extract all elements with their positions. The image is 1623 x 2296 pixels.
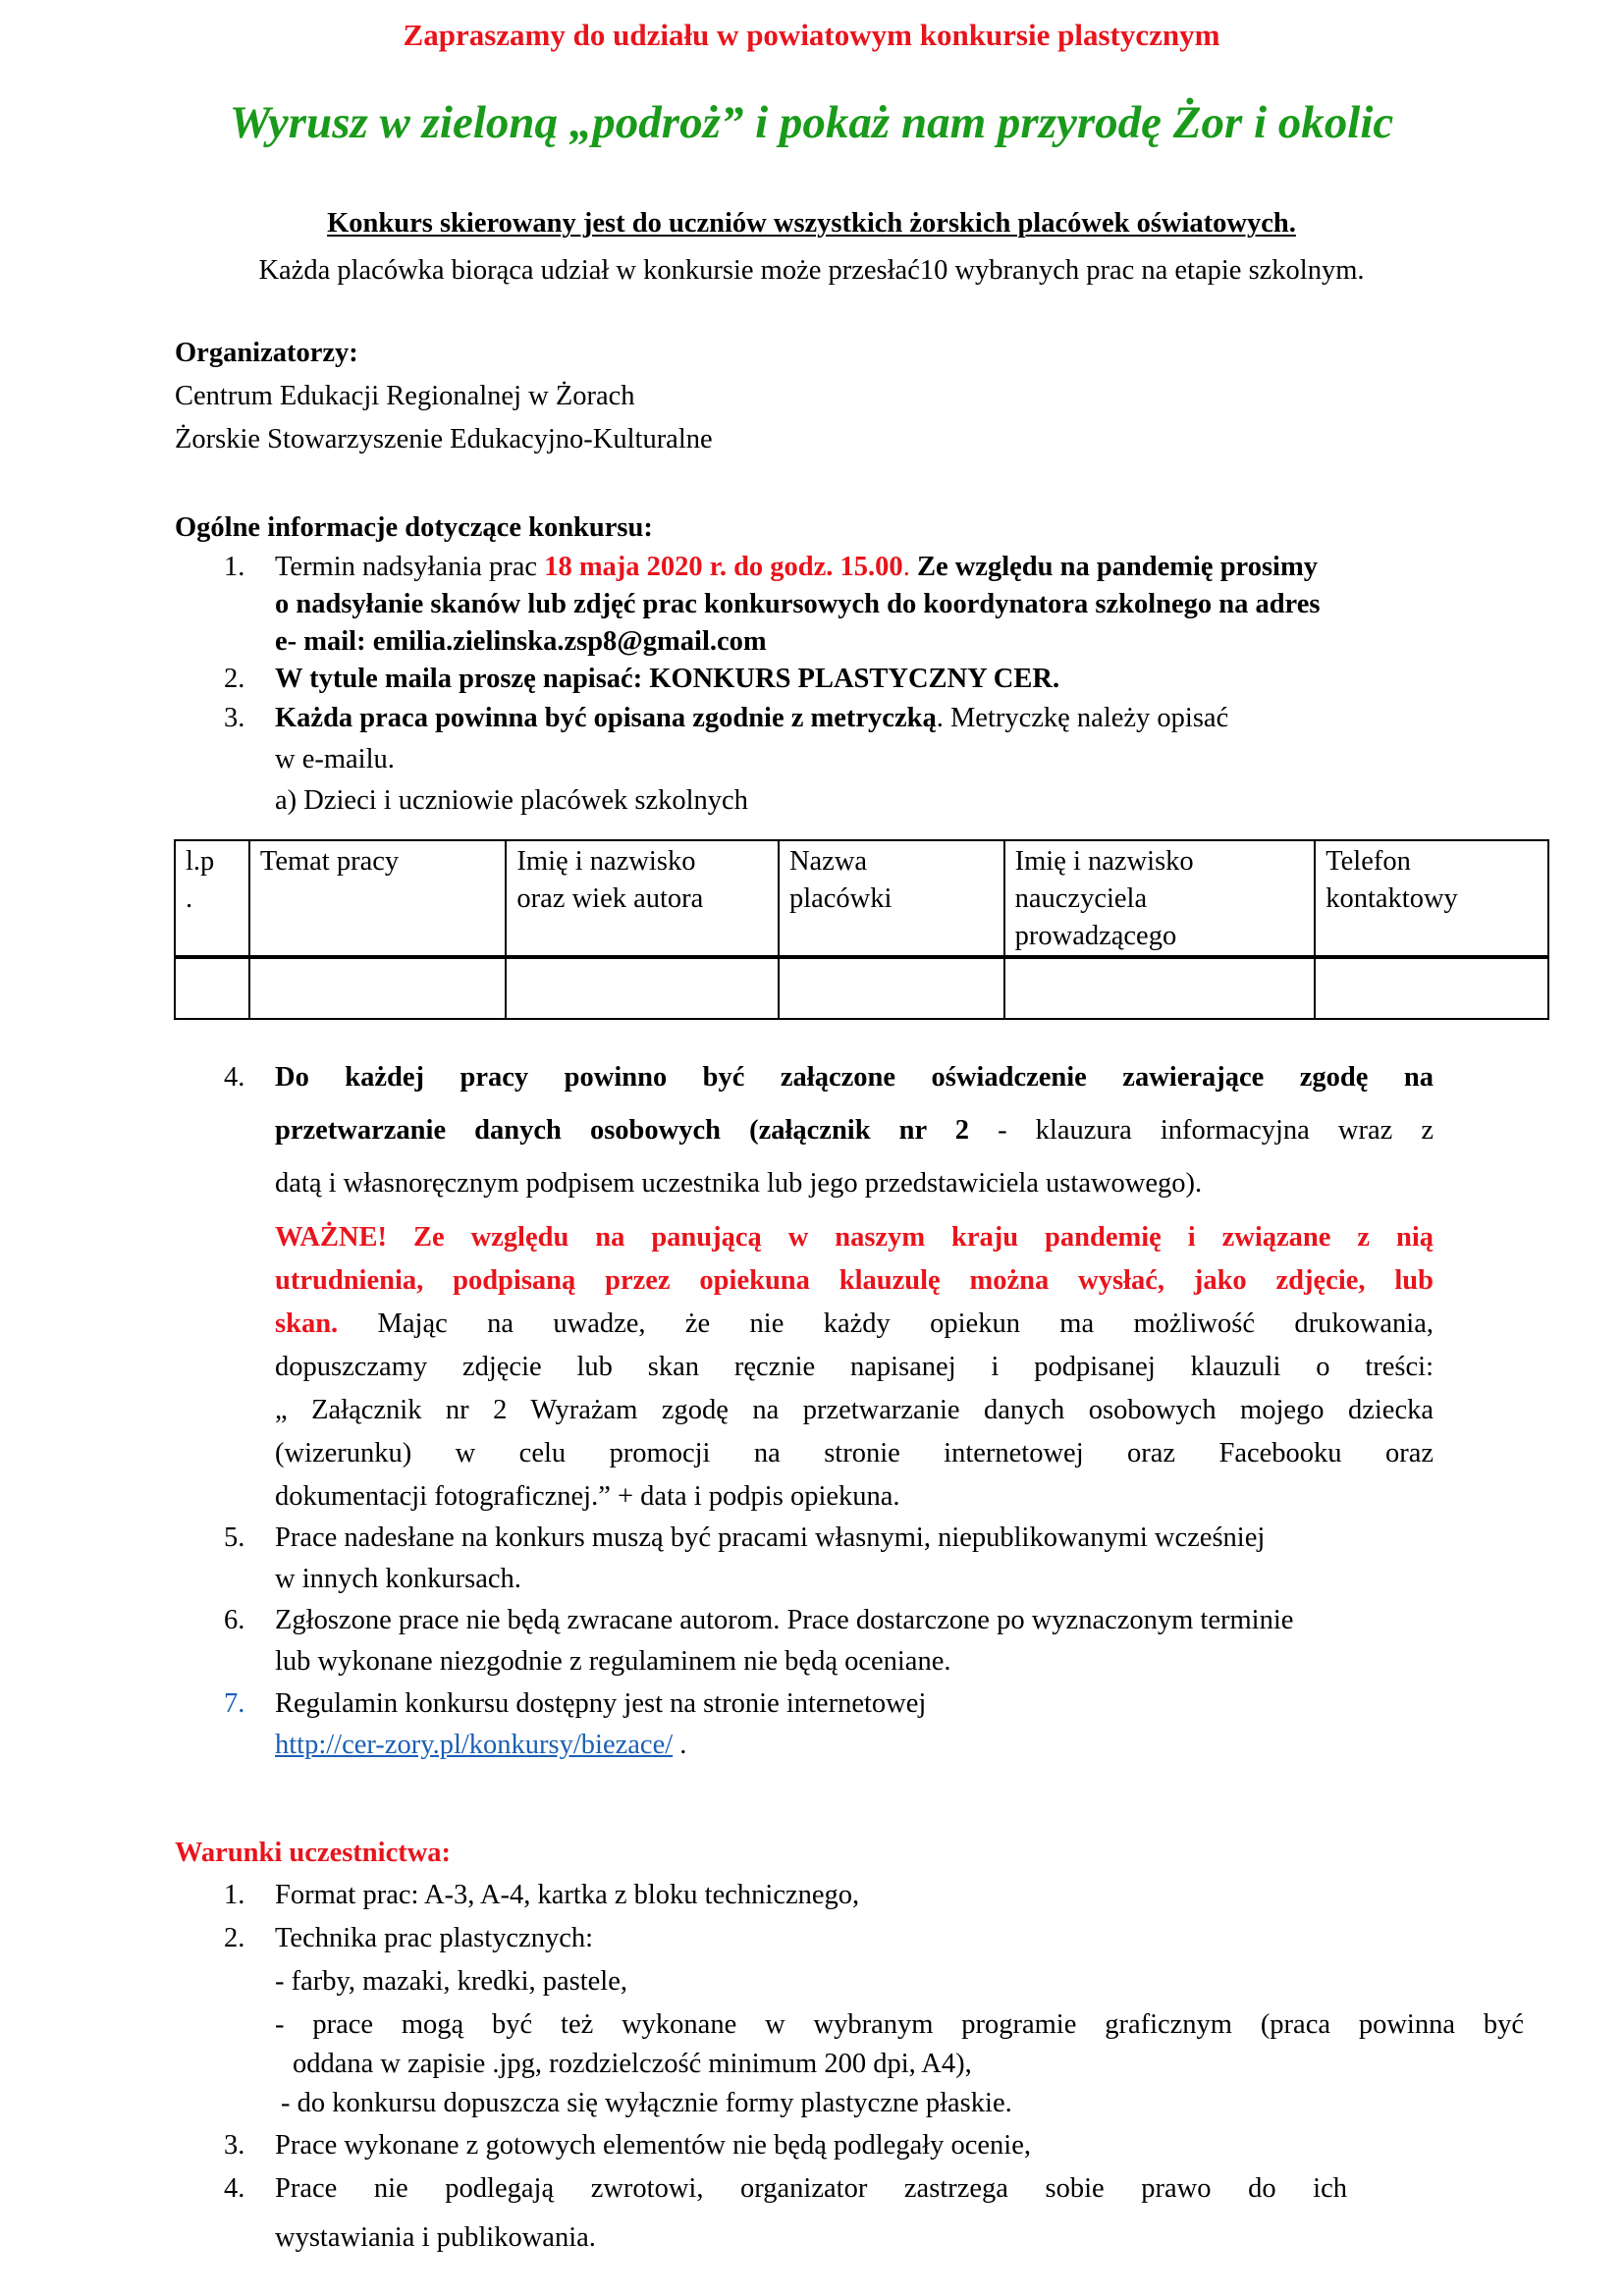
rights-item-line1: Prace nie podlegają zwrotowi, organizato… — [275, 2173, 1347, 2205]
general-info-heading: Ogólne informacje dotyczące konkursu: — [175, 512, 653, 544]
technique-bullet: - farby, mazaki, kredki, pastele, — [275, 1966, 627, 1998]
own-work-line1: Prace nadesłane na konkurs muszą być pra… — [275, 1522, 1265, 1554]
rules-line2: http://cer-zory.pl/konkursy/biezace/ . — [275, 1730, 686, 1761]
technique-bullet: - prace mogą być też wykonane w wybranym… — [275, 2009, 1524, 2041]
list-number: 2. — [224, 664, 244, 695]
metryczka-table: l.p. Temat pracy Imię i nazwiskooraz wie… — [174, 839, 1549, 1020]
table-cell — [506, 957, 779, 1019]
important-warning-line3: skan. Mając na uwadze, że nie każdy opie… — [275, 1308, 1434, 1340]
deadline-date: 18 maja 2020 r. do godz. 15.00 — [544, 552, 903, 582]
list-number: 7. — [224, 1688, 244, 1720]
target-audience: Konkurs skierowany jest do uczniów wszys… — [0, 208, 1623, 240]
important-warning-line2: utrudnienia, podpisaną przez opiekuna kl… — [275, 1265, 1434, 1297]
header-cell-teacher: Imię i nazwiskonauczycielaprowadzącego — [1004, 840, 1316, 957]
rights-item-line2: wystawiania i publikowania. — [275, 2222, 596, 2254]
clause-line2: „ Załącznik nr 2 Wyrażam zgodę na przetw… — [275, 1395, 1434, 1426]
deadline-line: Termin nadsyłania prac 18 maja 2020 r. d… — [275, 552, 1318, 583]
metryczka-rest: . Metryczkę należy opisać — [937, 703, 1229, 733]
consent-line2: przetwarzanie danych osobowych (załączni… — [275, 1115, 1434, 1147]
pandemic-note: Ze względu na pandemię prosimy — [910, 552, 1318, 582]
table-header-row: l.p. Temat pracy Imię i nazwiskooraz wie… — [175, 840, 1548, 957]
scan-request: o nadsyłanie skanów lub zdjęć prac konku… — [275, 589, 1320, 620]
header-cell-phone: Telefonkontaktowy — [1315, 840, 1548, 957]
no-return-line1: Zgłoszone prace nie będą zwracane autoro… — [275, 1605, 1293, 1636]
email-subject-note: W tytule maila proszę napisać: KONKURS P… — [275, 664, 1059, 695]
technique-bullet-cont: oddana w zapisie .jpg, rozdzielczość min… — [293, 2049, 972, 2080]
technique-item: Technika prac plastycznych: — [275, 1923, 593, 1954]
deadline-prefix: Termin nadsyłania prac — [275, 552, 544, 582]
list-number: 1. — [224, 1880, 244, 1911]
list-number: 6. — [224, 1605, 244, 1636]
list-number: 4. — [224, 2173, 244, 2205]
consent-line3: datą i własnoręcznym podpisem uczestnika… — [275, 1168, 1202, 1200]
rules-line1: Regulamin konkursu dostępny jest na stro… — [275, 1688, 926, 1720]
metryczka-line2: w e-mailu. — [275, 744, 395, 775]
invite-heading: Zapraszamy do udziału w powiatowym konku… — [0, 18, 1623, 53]
own-work-line2: w innych konkursach. — [275, 1564, 521, 1595]
header-cell-topic: Temat pracy — [249, 840, 506, 957]
table-cell — [175, 957, 249, 1019]
organizers-heading: Organizatorzy: — [175, 338, 358, 369]
list-number: 4. — [224, 1062, 244, 1094]
no-return-line2: lub wykonane niezgodnie z regulaminem ni… — [275, 1646, 950, 1678]
important-warning-line1: WAŻNE! Ze względu na panującą w naszym k… — [275, 1222, 1434, 1254]
list-number: 2. — [224, 1923, 244, 1954]
submission-quota: Każda placówka biorąca udział w konkursi… — [0, 255, 1623, 287]
metryczka-bold: Każda praca powinna być opisana zgodnie … — [275, 703, 937, 733]
organizer-item: Centrum Edukacji Regionalnej w Żorach — [175, 381, 635, 412]
list-number: 3. — [224, 703, 244, 734]
technique-bullet: - do konkursu dopuszcza się wyłącznie fo… — [281, 2088, 1012, 2119]
table-row — [175, 957, 1548, 1019]
table-cell — [1004, 957, 1316, 1019]
list-number: 5. — [224, 1522, 244, 1554]
list-number: 1. — [224, 552, 244, 583]
list-number: 3. — [224, 2130, 244, 2162]
table-cell — [249, 957, 506, 1019]
metryczka-note: Każda praca powinna być opisana zgodnie … — [275, 703, 1228, 734]
clause-line4: dokumentacji fotograficznej.” + data i p… — [275, 1481, 900, 1513]
clause-line3: (wizerunku) w celu promocji na stronie i… — [275, 1438, 1434, 1469]
ready-elements-item: Prace wykonane z gotowych elementów nie … — [275, 2130, 1031, 2162]
clause-line1: dopuszczamy zdjęcie lub skan ręcznie nap… — [275, 1352, 1434, 1383]
rules-link[interactable]: http://cer-zory.pl/konkursy/biezace/ — [275, 1730, 673, 1760]
deadline-dot: . — [903, 552, 910, 582]
header-cell-institution: Nazwaplacówki — [779, 840, 1004, 957]
coordinator-email[interactable]: e- mail: emilia.zielinska.zsp8@gmail.com — [275, 626, 767, 658]
header-cell-lp: l.p. — [175, 840, 249, 957]
contest-title: Wyrusz w zieloną „podroż” i pokaż nam pr… — [0, 96, 1623, 149]
consent-line1: Do każdej pracy powinno być załączone oś… — [275, 1062, 1434, 1094]
table-cell — [779, 957, 1004, 1019]
table-cell — [1315, 957, 1548, 1019]
organizer-item: Żorskie Stowarzyszenie Edukacyjno-Kultur… — [175, 424, 713, 455]
conditions-heading: Warunki uczestnictwa: — [175, 1838, 451, 1869]
header-cell-author: Imię i nazwiskooraz wiek autora — [506, 840, 779, 957]
format-item: Format prac: A-3, A-4, kartka z bloku te… — [275, 1880, 859, 1911]
metryczka-subheading: a) Dzieci i uczniowie placówek szkolnych — [275, 785, 748, 817]
